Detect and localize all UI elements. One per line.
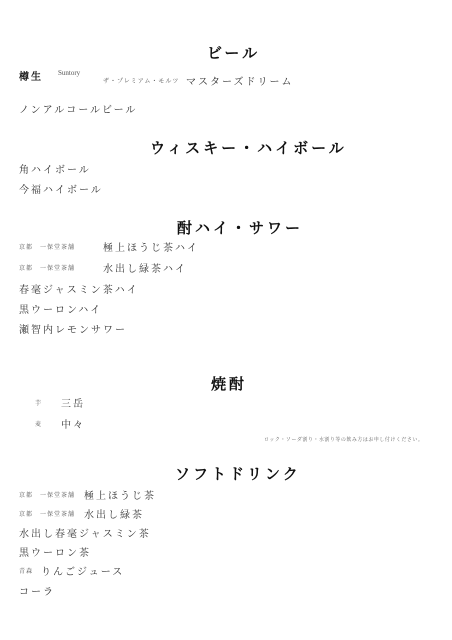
- soft-prefix-aomori: 青森: [19, 566, 33, 575]
- shochu-item-nakanaka: 中々: [61, 416, 85, 431]
- chuhai-item-lemon: 瀬智内レモンサワー: [19, 321, 127, 336]
- section-title-shochu: 焼酎: [211, 373, 247, 394]
- whisky-item-imafuku: 今福ハイボール: [19, 181, 103, 196]
- soft-prefix-2: 京都 一保堂茶舗: [19, 509, 75, 518]
- soft-item-apple-juice: りんごジュース: [41, 563, 124, 578]
- soft-item-ryokucha: 水出し緑茶: [84, 506, 144, 521]
- shochu-type-mugi: 麦: [35, 419, 42, 428]
- beer-item-masters-dream: マスターズドリーム: [186, 73, 294, 88]
- section-title-beer: ビール: [207, 42, 260, 63]
- beer-item-non-alcohol: ノンアルコールビール: [19, 101, 137, 116]
- chuhai-item-ryokucha: 水出し緑茶ハイ: [103, 260, 187, 275]
- section-title-whisky: ウィスキー・ハイボール: [150, 137, 347, 158]
- shochu-note: ロック・ソーダ割り・水割り等の飲み方はお申し付けください。: [264, 436, 423, 443]
- chuhai-item-oolong: 黒ウーロンハイ: [19, 301, 102, 316]
- chuhai-prefix-2: 京都 一保堂茶舗: [19, 263, 75, 272]
- section-title-chuhai: 酎ハイ・サワー: [177, 217, 303, 238]
- soft-prefix-1: 京都 一保堂茶舗: [19, 490, 75, 499]
- soft-item-hojicha: 極上ほうじ茶: [84, 487, 156, 502]
- beer-subtitle: ザ・プレミアム・モルツ: [103, 76, 179, 85]
- section-title-soft-drinks: ソフトドリンク: [175, 463, 301, 484]
- shochu-type-imo: 芋: [35, 398, 42, 407]
- whisky-item-kaku: 角ハイボール: [19, 161, 91, 176]
- chuhai-prefix-1: 京都 一保堂茶舗: [19, 242, 75, 251]
- soft-item-jasmine: 水出し春毫ジャスミン茶: [19, 525, 151, 540]
- shochu-item-mitake: 三岳: [61, 395, 85, 410]
- chuhai-item-jasmine: 春毫ジャスミン茶ハイ: [19, 281, 139, 296]
- chuhai-item-hojicha: 極上ほうじ茶ハイ: [103, 239, 199, 254]
- soft-item-cola: コーラ: [19, 583, 55, 598]
- soft-item-oolong: 黒ウーロン茶: [19, 544, 91, 559]
- draft-label: 樽生: [19, 68, 43, 83]
- brand-suntory: Suntory: [58, 69, 80, 77]
